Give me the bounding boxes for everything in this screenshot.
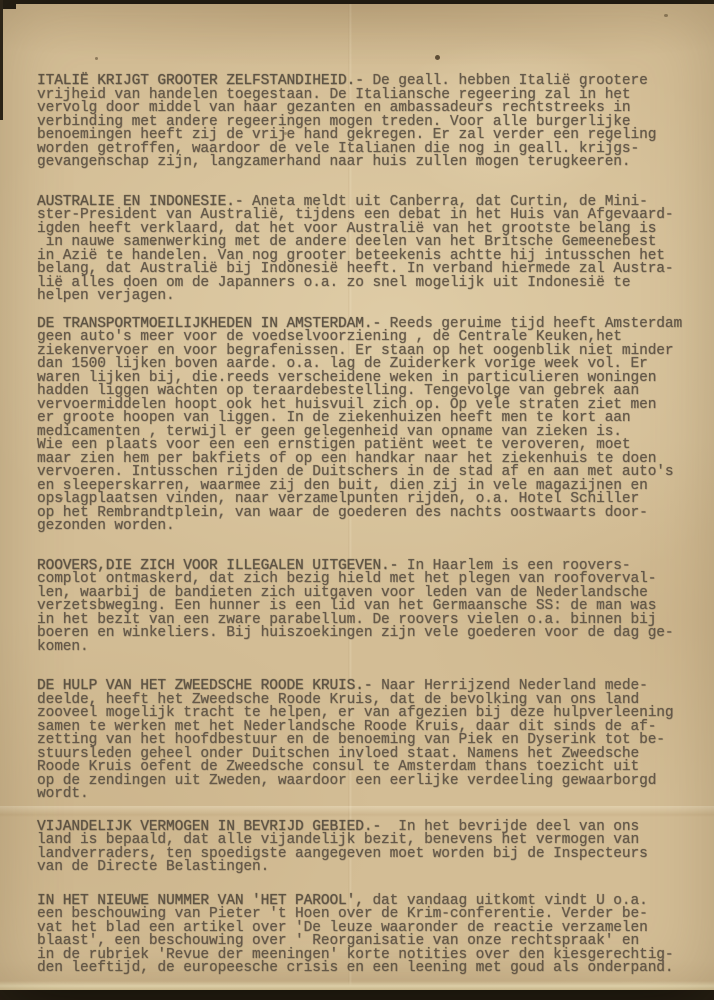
typewritten-text: ITALIË KRIJGT GROOTER ZELFSTANDIHEID.- D… bbox=[37, 75, 707, 976]
paper-speck bbox=[95, 57, 98, 60]
paper-bottom-edge-highlight bbox=[0, 981, 714, 990]
scan-edge-bottom bbox=[0, 990, 714, 1000]
article-body: Naar Herrijzend Nederland mede- deelde, … bbox=[37, 678, 674, 802]
article-body: Aneta meldt uit Canberra, dat Curtin, de… bbox=[37, 194, 674, 305]
article-body: Reeds geruime tijd heeft Amsterdam geen … bbox=[37, 316, 682, 535]
article-transport-amsterdam: DE TRANSPORTMOEILIJKHEDEN IN AMSTERDAM.-… bbox=[37, 318, 707, 534]
paper-speck bbox=[435, 55, 440, 60]
article-body: De geall. hebben Italië grootere vrijhei… bbox=[37, 73, 656, 170]
article-body: dat vandaag uitkomt vindt U o.a. een bes… bbox=[37, 893, 674, 977]
scan-edge-left bbox=[0, 0, 3, 120]
article-zweedsche-roode-kruis: DE HULP VAN HET ZWEEDSCHE ROODE KRUIS.- … bbox=[37, 680, 707, 802]
paper-speck bbox=[664, 14, 668, 17]
article-het-parool-nummer: IN HET NIEUWE NUMMER VAN 'HET PAROOL', d… bbox=[37, 895, 707, 976]
article-body: In Haarlem is een roovers- complot ontma… bbox=[37, 558, 674, 655]
scanned-page: ITALIË KRIJGT GROOTER ZELFSTANDIHEID.- D… bbox=[0, 0, 714, 1000]
article-vijandelijk-vermogen: VIJANDELIJK VERMOGEN IN BEVRIJD GEBIED.-… bbox=[37, 821, 707, 875]
article-italie-zelfstandigheid: ITALIË KRIJGT GROOTER ZELFSTANDIHEID.- D… bbox=[37, 75, 707, 170]
article-roovers-illegalen: ROOVERS,DIE ZICH VOOR ILLEGALEN UITGEVEN… bbox=[37, 560, 707, 655]
article-australie-indonesie: AUSTRALIE EN INDONESIE.- Aneta meldt uit… bbox=[37, 196, 707, 304]
scan-edge-top bbox=[0, 0, 714, 4]
